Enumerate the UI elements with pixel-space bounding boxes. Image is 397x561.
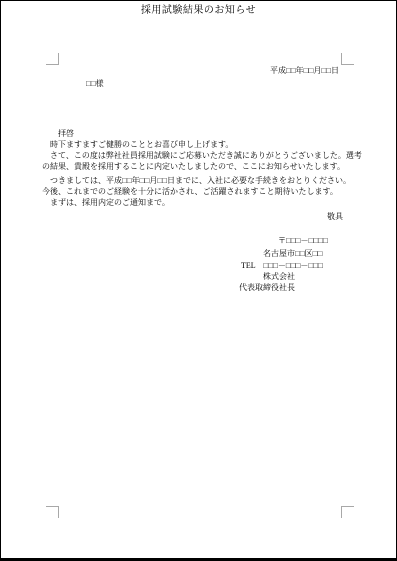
page-title: 採用試験結果のお知らせ [1, 1, 396, 16]
sender-company-name: 株式会社 [263, 272, 295, 282]
sender-phone: TEL □□□－□□□－□□□ [241, 261, 323, 271]
closing-word: 敬具 [327, 212, 343, 222]
sender-address: 名古屋市□□区□□ [263, 249, 322, 259]
body-line: 時下ますますご健勝のこととお喜び申し上げます。 [42, 139, 354, 150]
body-line: さて、この度は弊社社員採用試験にご応募いただき誠にありがとうございました。選考 [42, 150, 354, 161]
body-line: 拝啓 [42, 128, 354, 139]
corner-mark-top-right-icon [341, 53, 354, 65]
body-line: つきましては、平成□□年□□月□□日までに、入社に必要な手続きをおとりください。 [42, 175, 354, 186]
corner-mark-bottom-right-icon [341, 506, 354, 518]
sender-president-title: 代表取締役社長 [239, 283, 295, 293]
sender-postal-code: 〒□□□－□□□□ [278, 236, 328, 246]
letter-body: 拝啓 時下ますますご健勝のこととお喜び申し上げます。 さて、この度は弊社社員採用… [42, 128, 354, 208]
document-page: 平成□□年□□月□□日 □□様 採用試験結果のお知らせ 拝啓 時下ますますご健勝… [0, 0, 397, 561]
corner-mark-top-left-icon [46, 53, 59, 65]
document-date: 平成□□年□□月□□日 [270, 66, 339, 76]
body-line: の結果、貴殿を採用することに内定いたしましたので、ここにお知らせいたします。 [42, 161, 354, 172]
corner-mark-bottom-left-icon [46, 506, 59, 518]
addressee: □□様 [86, 79, 104, 89]
body-line: 今後、これまでのご経験を十分に活かされ、ご活躍されますこと期待いたします。 [42, 186, 354, 197]
body-line: まずは、採用内定のご通知まで。 [42, 197, 354, 208]
